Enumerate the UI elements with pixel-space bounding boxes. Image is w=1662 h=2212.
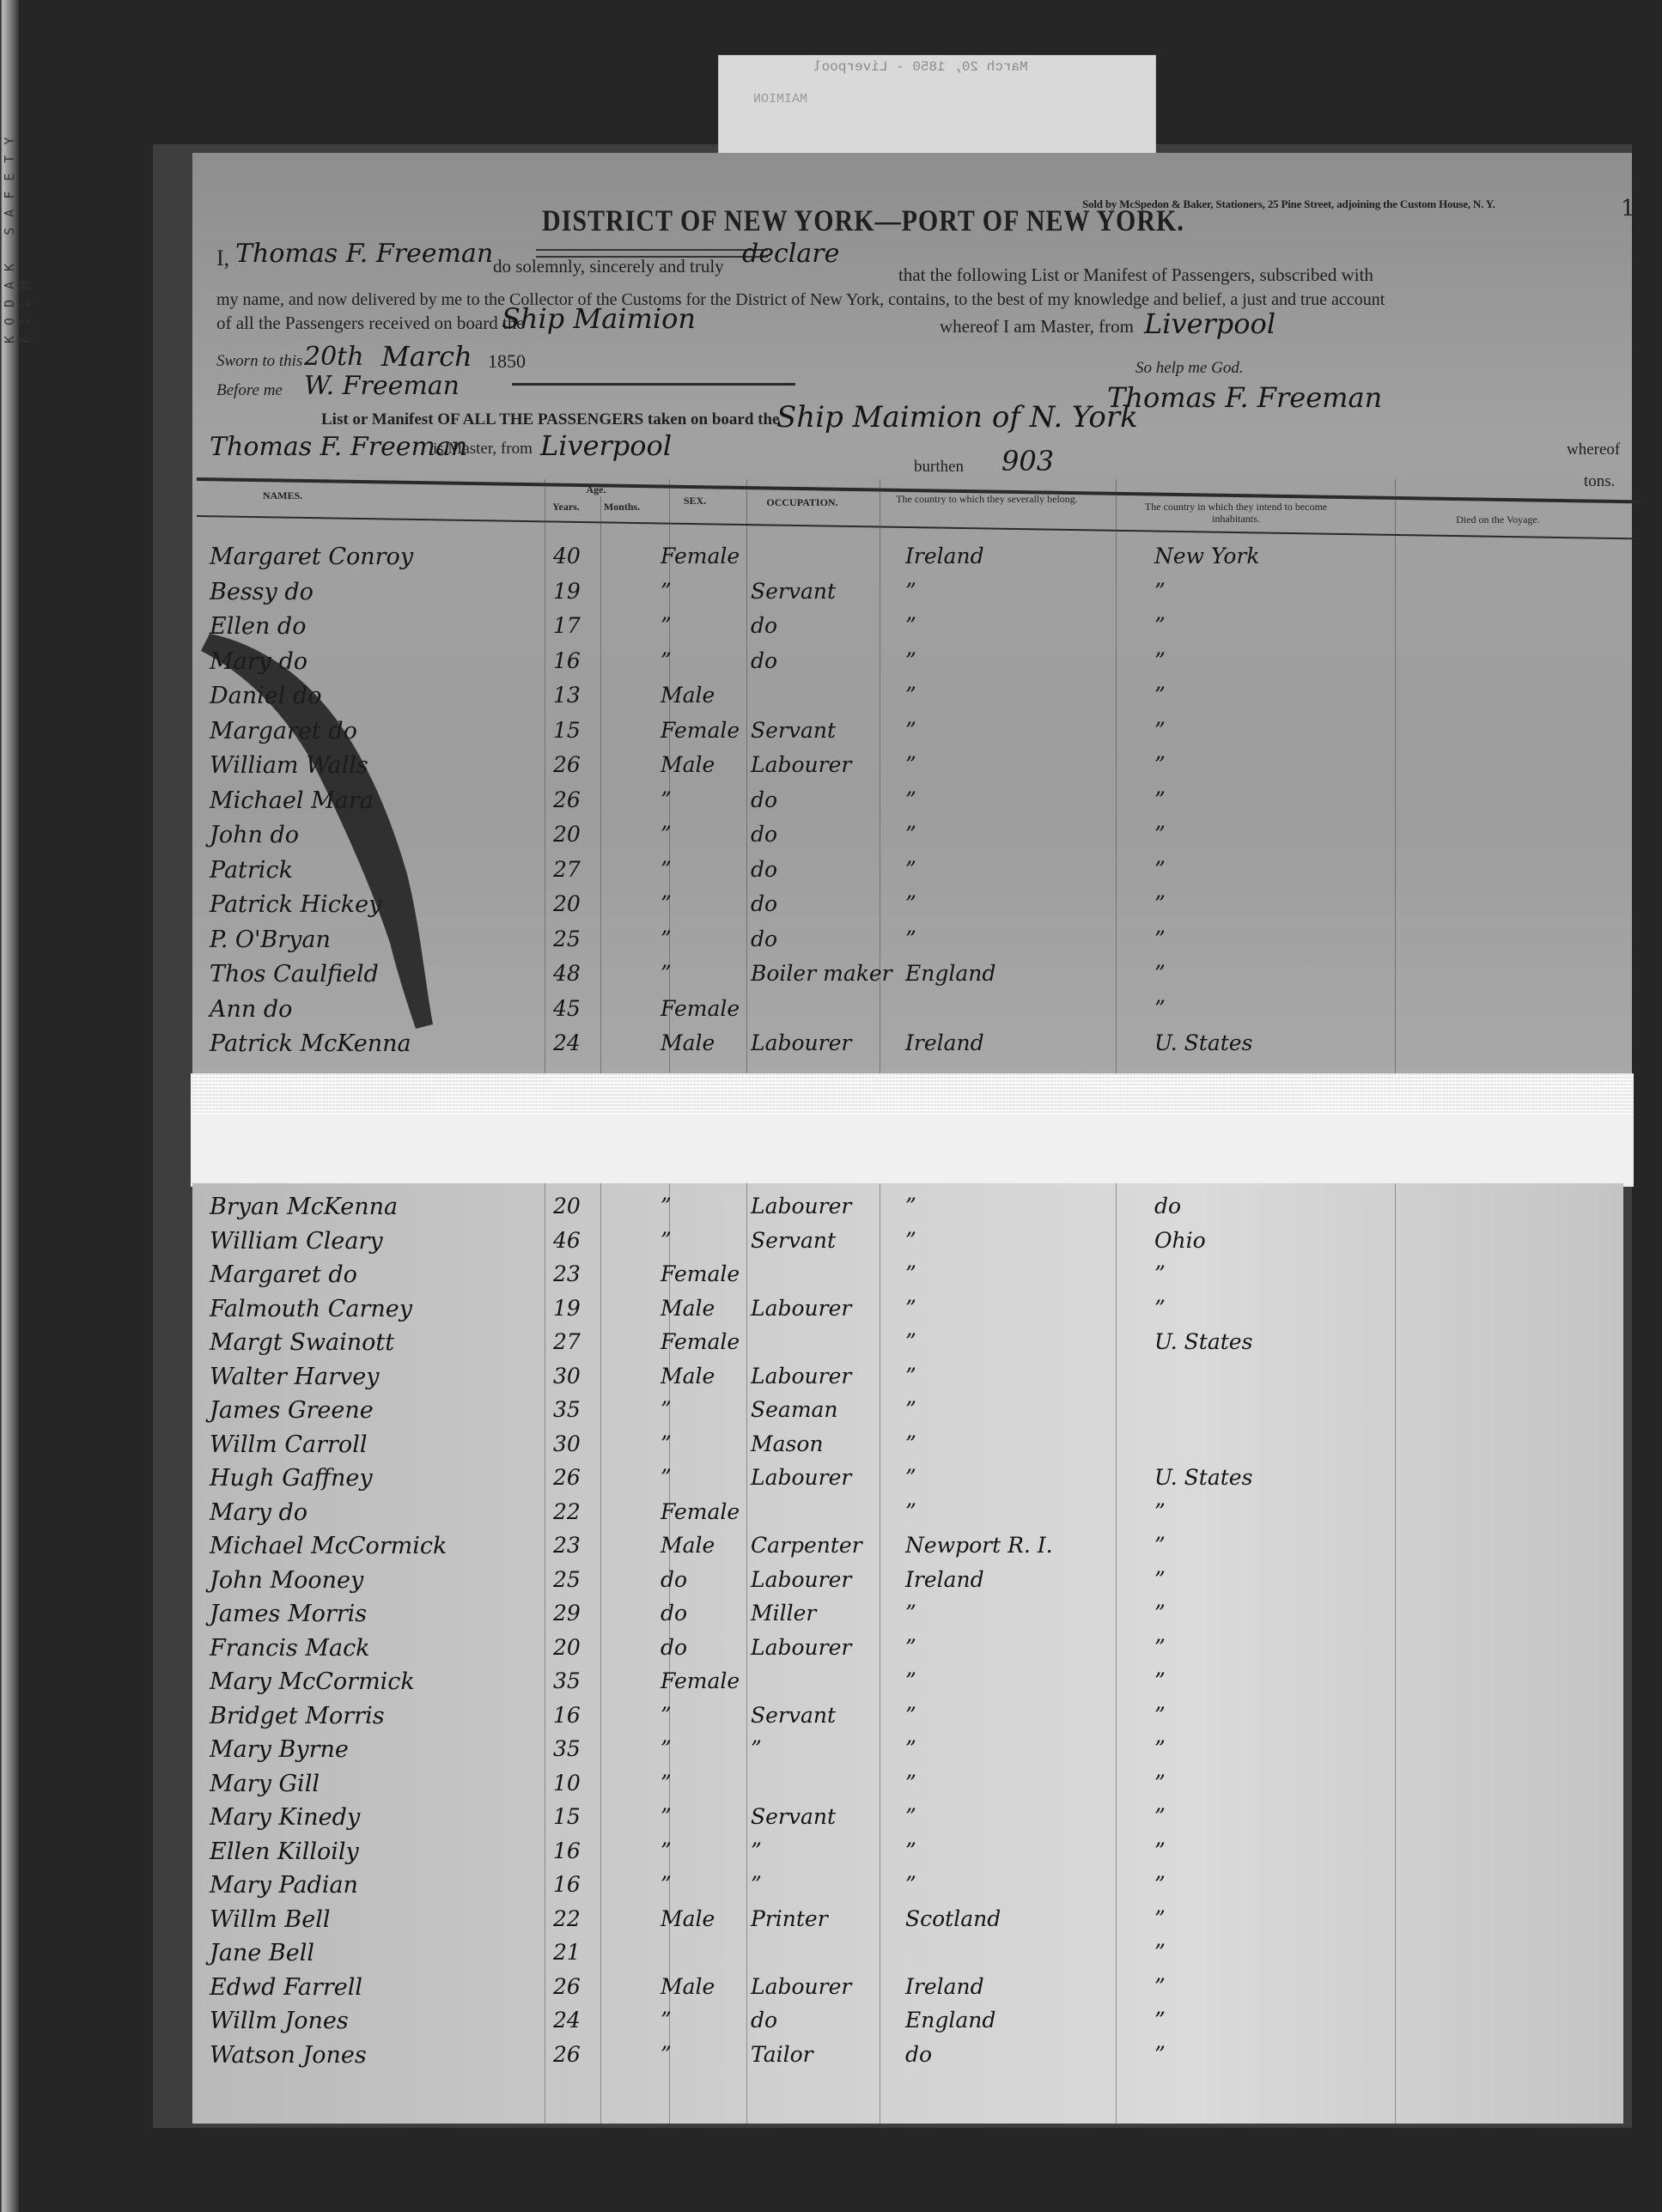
- passenger-age-years: 29: [553, 1601, 581, 1626]
- passenger-name: James Greene: [210, 1397, 374, 1424]
- passenger-country-intend: ”: [1154, 1261, 1166, 1286]
- passenger-sex: do: [661, 1635, 687, 1660]
- passenger-country-belong: ”: [905, 927, 916, 951]
- passenger-sex: ”: [661, 1838, 672, 1863]
- passenger-age-years: 22: [553, 1499, 581, 1524]
- sworn-label: Sworn to this: [216, 352, 302, 371]
- manifest-sheet-top: Sold by McSpedon & Baker, Stationers, 25…: [192, 153, 1632, 1085]
- passenger-sex: Female: [661, 1499, 740, 1524]
- passenger-country-belong: ”: [905, 1228, 916, 1253]
- passenger-age-years: 20: [553, 1194, 581, 1218]
- passenger-country-intend: ”: [1154, 1703, 1166, 1728]
- passenger-row: Willm Carroll30”Mason”: [192, 1431, 1623, 1466]
- passenger-occupation: Labourer: [751, 1194, 851, 1218]
- passenger-country-belong: Ireland: [905, 1030, 984, 1055]
- passenger-country-intend: ”: [1154, 1906, 1166, 1931]
- passenger-row: James Morris29doMiller””: [192, 1601, 1623, 1635]
- passenger-age-years: 30: [553, 1364, 581, 1389]
- passenger-country-belong: ”: [905, 718, 916, 743]
- passenger-sex: ”: [661, 927, 672, 951]
- passenger-name: Hugh Gaffney: [210, 1465, 373, 1492]
- col-header-years: Years.: [545, 501, 587, 513]
- manifest-vessel: Ship Maimion of N. York: [776, 400, 1138, 434]
- passenger-name: James Morris: [210, 1601, 367, 1627]
- passenger-country-belong: ”: [905, 1364, 916, 1389]
- passenger-sex: ”: [661, 1397, 672, 1422]
- passenger-sex: ”: [661, 961, 672, 986]
- col-header-died: Died on the Voyage.: [1429, 513, 1567, 526]
- passenger-country-belong: ”: [905, 1431, 916, 1456]
- passenger-row: Mary Kinedy15”Servant””: [192, 1804, 1623, 1838]
- sworn-day: 20th: [304, 342, 364, 372]
- passenger-occupation: do: [751, 787, 777, 812]
- passenger-occupation: Servant: [751, 1703, 836, 1728]
- passenger-sex: ”: [661, 648, 672, 673]
- decl-prefix: I,: [216, 246, 229, 271]
- passenger-name: John Mooney: [210, 1567, 363, 1594]
- passenger-country-belong: ”: [905, 1194, 916, 1218]
- passenger-row: Edwd Farrell26MaleLabourerIreland”: [192, 1974, 1623, 2008]
- passenger-name: Mary do: [210, 1499, 307, 1526]
- passenger-sex: Male: [661, 1533, 715, 1558]
- passenger-sex: ”: [661, 579, 672, 604]
- passenger-country-belong: Ireland: [905, 1974, 984, 1999]
- whereof-label: whereof: [1567, 441, 1620, 459]
- passenger-country-intend: ”: [1154, 613, 1166, 638]
- passenger-occupation: Labourer: [751, 1974, 851, 1999]
- page-number: 1: [1621, 196, 1635, 222]
- passenger-age-years: 19: [553, 579, 581, 604]
- tons-label: tons.: [1584, 472, 1615, 491]
- passenger-age-years: 21: [553, 1940, 581, 1965]
- passenger-country-intend: New York: [1154, 544, 1260, 568]
- label-date-port: March 20, 1850 - Liverpool: [813, 59, 1028, 75]
- passenger-country-intend: ”: [1154, 1872, 1166, 1897]
- passenger-country-belong: Newport R. I.: [905, 1533, 1053, 1558]
- passenger-occupation: Labourer: [751, 1465, 851, 1490]
- passenger-occupation: do: [751, 613, 777, 638]
- passenger-age-years: 40: [553, 544, 581, 568]
- passenger-age-years: 23: [553, 1533, 581, 1558]
- passenger-name: Walter Harvey: [210, 1364, 380, 1390]
- passenger-name: William Cleary: [210, 1228, 383, 1255]
- passenger-country-belong: ”: [905, 579, 916, 604]
- passenger-occupation: Printer: [751, 1906, 828, 1931]
- passenger-name: Mary McCormick: [210, 1668, 415, 1695]
- passenger-sex: Male: [661, 1296, 715, 1321]
- burthen-label: burthen: [914, 458, 964, 477]
- passenger-occupation: Seaman: [751, 1397, 838, 1422]
- passenger-sex: Female: [661, 996, 740, 1021]
- passenger-sex: Female: [661, 1329, 740, 1354]
- passenger-sex: ”: [661, 822, 672, 847]
- sworn-month: March: [381, 340, 472, 373]
- so-help-me-god: So help me God.: [1135, 359, 1244, 378]
- passenger-name: Falmouth Carney: [210, 1296, 412, 1322]
- passenger-name: Margaret do: [210, 1261, 357, 1288]
- passenger-row: Mary do22Female””: [192, 1499, 1623, 1534]
- decl-text-a: do solemnly, sincerely and truly: [493, 256, 724, 277]
- passenger-age-years: 10: [553, 1771, 581, 1796]
- passenger-name: Bridget Morris: [210, 1703, 385, 1729]
- passenger-country-intend: ”: [1154, 1838, 1166, 1863]
- passenger-row: William Cleary46”Servant”Ohio: [192, 1228, 1623, 1262]
- passenger-sex: ”: [661, 2008, 672, 2033]
- passenger-country-belong: ”: [905, 1872, 916, 1897]
- passenger-country-belong: ”: [905, 1804, 916, 1829]
- passenger-age-years: 16: [553, 1872, 581, 1897]
- passenger-occupation: Labourer: [751, 1635, 851, 1660]
- passenger-sex: ”: [661, 857, 672, 882]
- passenger-sex: ”: [661, 1804, 672, 1829]
- archive-label-card: March 20, 1850 - Liverpool MAIMION: [718, 55, 1156, 160]
- col-header-age: Age.: [549, 483, 643, 495]
- passenger-name: Francis Mack: [210, 1635, 370, 1662]
- passenger-occupation: ”: [751, 1838, 762, 1863]
- col-header-intend: The country in which they intend to beco…: [1137, 501, 1335, 525]
- document-title: DISTRICT OF NEW YORK—PORT OF NEW YORK.: [542, 204, 1184, 238]
- decl-master-name: Thomas F. Freeman: [235, 239, 493, 269]
- passenger-occupation: do: [751, 891, 777, 916]
- passenger-age-years: 24: [553, 2008, 581, 2033]
- passenger-country-intend: ”: [1154, 648, 1166, 673]
- passenger-country-belong: ”: [905, 857, 916, 882]
- passenger-country-intend: ”: [1154, 822, 1166, 847]
- passenger-row: James Greene35”Seaman”: [192, 1397, 1623, 1431]
- passenger-occupation: do: [751, 927, 777, 951]
- passenger-row: Mary Padian16””””: [192, 1872, 1623, 1906]
- passenger-country-intend: ”: [1154, 961, 1166, 986]
- passenger-age-years: 26: [553, 1974, 581, 1999]
- passenger-age-years: 22: [553, 1906, 581, 1931]
- passenger-age-years: 19: [553, 1296, 581, 1321]
- passenger-occupation: Servant: [751, 579, 836, 604]
- film-edge-text: KODAK SAFETY FILM: [2, 86, 17, 343]
- passenger-age-years: 16: [553, 1838, 581, 1863]
- passenger-row: Hugh Gaffney26”Labourer”U. States: [192, 1465, 1623, 1499]
- passenger-age-years: 25: [553, 1567, 581, 1592]
- passenger-age-years: 23: [553, 1261, 581, 1286]
- passenger-country-belong: ”: [905, 787, 916, 812]
- master-signature: Thomas F. Freeman: [1107, 381, 1382, 414]
- passenger-sex: Male: [661, 752, 715, 777]
- passenger-country-belong: ”: [905, 1465, 916, 1490]
- passenger-country-belong: Ireland: [905, 1567, 984, 1592]
- passenger-country-intend: Ohio: [1154, 1228, 1206, 1253]
- passenger-name: Willm Bell: [210, 1906, 330, 1933]
- passenger-country-belong: England: [905, 961, 995, 986]
- passenger-country-intend: ”: [1154, 1736, 1166, 1761]
- passenger-country-intend: ”: [1154, 1296, 1166, 1321]
- passenger-row: Ellen Killoily16””””: [192, 1838, 1623, 1873]
- col-header-names: NAMES.: [218, 489, 347, 501]
- passenger-country-intend: ”: [1154, 718, 1166, 743]
- passenger-row: Bryan McKenna20”Labourer”do: [192, 1194, 1623, 1228]
- passenger-sex: ”: [661, 1872, 672, 1897]
- passenger-country-belong: ”: [905, 1601, 916, 1626]
- passenger-row: Watson Jones26”Tailordo”: [192, 2042, 1623, 2076]
- passenger-country-intend: ”: [1154, 1635, 1166, 1660]
- gauze-repair-strip: [191, 1073, 1634, 1187]
- decl-vessel: Ship Maimion: [502, 302, 696, 335]
- passenger-sex: ”: [661, 613, 672, 638]
- passenger-country-belong: ”: [905, 1668, 916, 1693]
- manifest-master-name: Thomas F. Freeman: [210, 432, 467, 462]
- passenger-occupation: ”: [751, 1736, 762, 1761]
- passenger-age-years: 30: [553, 1431, 581, 1456]
- manifest-line-b: is Master, from: [433, 440, 533, 459]
- passenger-sex: Male: [661, 1030, 715, 1055]
- passenger-sex: Female: [661, 718, 740, 743]
- passenger-country-belong: ”: [905, 752, 916, 777]
- film-edge-strip: KODAK SAFETY FILM: [0, 0, 19, 2212]
- passenger-occupation: Labourer: [751, 1567, 851, 1592]
- passenger-row: Margaret Conroy40FemaleIrelandNew York: [192, 544, 1632, 578]
- passenger-sex: ”: [661, 1465, 672, 1490]
- passenger-name: Margaret Conroy: [210, 544, 413, 570]
- passenger-sex: ”: [661, 2042, 672, 2067]
- passenger-country-intend: ”: [1154, 996, 1166, 1021]
- passenger-occupation: do: [751, 822, 777, 847]
- passenger-row: Falmouth Carney19MaleLabourer””: [192, 1296, 1623, 1330]
- passenger-name: Ellen Killoily: [210, 1838, 359, 1865]
- passenger-occupation: Boiler maker: [751, 961, 892, 986]
- decl-verb: declare: [742, 239, 839, 269]
- passenger-country-belong: do: [905, 2042, 932, 2067]
- passenger-row: Margaret do23Female””: [192, 1261, 1623, 1296]
- passenger-age-years: 35: [553, 1736, 581, 1761]
- passenger-country-belong: ”: [905, 613, 916, 638]
- passenger-country-belong: ”: [905, 1736, 916, 1761]
- sworn-year: 1850: [488, 350, 526, 373]
- passenger-occupation: Labourer: [751, 1296, 851, 1321]
- passenger-country-intend: ”: [1154, 787, 1166, 812]
- passenger-row: Walter Harvey30MaleLabourer”: [192, 1364, 1623, 1398]
- passenger-country-belong: ”: [905, 1838, 916, 1863]
- passenger-country-belong: Scotland: [905, 1906, 1001, 1931]
- passenger-row: Mary Gill10”””: [192, 1771, 1623, 1805]
- passenger-row: Margt Swainott27Female”U. States: [192, 1329, 1623, 1364]
- passenger-age-years: 35: [553, 1668, 581, 1693]
- passenger-occupation: Carpenter: [751, 1533, 862, 1558]
- manifest-sheet-bottom: Bryan McKenna20”Labourer”doWilliam Clear…: [192, 1183, 1623, 2124]
- passenger-country-belong: ”: [905, 683, 916, 708]
- passenger-age-years: 16: [553, 1703, 581, 1728]
- passenger-name: Edwd Farrell: [210, 1974, 362, 2001]
- passenger-name: Mary Byrne: [210, 1736, 349, 1763]
- passenger-occupation: do: [751, 648, 777, 673]
- passenger-occupation: ”: [751, 1872, 762, 1897]
- passenger-row: Willm Jones24”doEngland”: [192, 2008, 1623, 2042]
- passenger-country-intend: U. States: [1154, 1465, 1252, 1490]
- passenger-country-intend: ”: [1154, 1533, 1166, 1558]
- passenger-sex: ”: [661, 1194, 672, 1218]
- passenger-name: Willm Jones: [210, 2008, 349, 2034]
- passenger-country-intend: ”: [1154, 891, 1166, 916]
- passenger-occupation: Labourer: [751, 1030, 851, 1055]
- passenger-row: Francis Mack20doLabourer””: [192, 1635, 1623, 1669]
- passenger-sex: Male: [661, 683, 715, 708]
- passenger-sex: Male: [661, 1364, 715, 1389]
- passenger-occupation: Labourer: [751, 752, 851, 777]
- manifest-line-a: List or Manifest OF ALL THE PASSENGERS t…: [321, 410, 780, 429]
- passenger-age-years: 26: [553, 2042, 581, 2067]
- passenger-country-belong: ”: [905, 1703, 916, 1728]
- passenger-name: Willm Carroll: [210, 1431, 367, 1458]
- decl-text-b: that the following List or Manifest of P…: [898, 264, 1373, 286]
- passenger-sex: ”: [661, 891, 672, 916]
- decl-port: Liverpool: [1144, 307, 1275, 340]
- passenger-name: Michael McCormick: [210, 1533, 447, 1559]
- passenger-sex: do: [661, 1567, 687, 1592]
- passenger-country-belong: ”: [905, 1329, 916, 1354]
- passenger-age-years: 20: [553, 1635, 581, 1660]
- sworn-rule: [512, 383, 795, 386]
- passenger-country-intend: ”: [1154, 579, 1166, 604]
- passenger-row: John Mooney25doLabourerIreland”: [192, 1567, 1623, 1601]
- passenger-sex: do: [661, 1601, 687, 1626]
- passenger-sex: ”: [661, 787, 672, 812]
- gauze-band: [191, 1115, 1634, 1187]
- passenger-sex: Female: [661, 1261, 740, 1286]
- passenger-occupation: do: [751, 2008, 777, 2033]
- passenger-name: Mary Padian: [210, 1872, 358, 1899]
- passenger-country-intend: ”: [1154, 1499, 1166, 1524]
- passenger-country-belong: ”: [905, 1499, 916, 1524]
- passenger-country-intend: ”: [1154, 1974, 1166, 1999]
- passenger-age-years: 27: [553, 1329, 581, 1354]
- passenger-name: Bessy do: [210, 579, 314, 605]
- passenger-row: Michael McCormick23MaleCarpenterNewport …: [192, 1533, 1623, 1567]
- passenger-sex: ”: [661, 1228, 672, 1253]
- passenger-country-intend: ”: [1154, 683, 1166, 708]
- passenger-age-years: 15: [553, 1804, 581, 1829]
- burthen-value: 903: [1001, 445, 1054, 477]
- passenger-country-belong: ”: [905, 1261, 916, 1286]
- passenger-sex: Male: [661, 1906, 715, 1931]
- passenger-country-belong: ”: [905, 1771, 916, 1796]
- passenger-country-intend: ”: [1154, 1601, 1166, 1626]
- col-header-occupation: OCCUPATION.: [742, 496, 862, 508]
- passenger-country-intend: ”: [1154, 752, 1166, 777]
- passenger-country-intend: U. States: [1154, 1030, 1252, 1055]
- passenger-occupation: Mason: [751, 1431, 824, 1456]
- passenger-row: Bessy do19”Servant””: [192, 579, 1632, 613]
- passenger-row: Jane Bell21”: [192, 1940, 1623, 1974]
- passenger-occupation: Servant: [751, 718, 836, 743]
- decl-line3-a: of all the Passengers received on board …: [216, 313, 525, 334]
- passenger-country-intend: ”: [1154, 2008, 1166, 2033]
- passenger-country-intend: ”: [1154, 1771, 1166, 1796]
- passenger-sex: Female: [661, 1668, 740, 1693]
- label-vessel: MAIMION: [753, 92, 807, 106]
- passenger-country-belong: Ireland: [905, 544, 984, 568]
- passenger-country-intend: U. States: [1154, 1329, 1252, 1354]
- passenger-sex: ”: [661, 1703, 672, 1728]
- passenger-country-belong: ”: [905, 1296, 916, 1321]
- passenger-row: Mary McCormick35Female””: [192, 1668, 1623, 1703]
- col-header-belong: The country to which they severally belo…: [888, 493, 1086, 505]
- passenger-name: Watson Jones: [210, 2042, 367, 2069]
- passenger-sex: ”: [661, 1771, 672, 1796]
- passenger-sex: ”: [661, 1431, 672, 1456]
- passenger-country-intend: ”: [1154, 1940, 1166, 1965]
- passenger-country-intend: ”: [1154, 1668, 1166, 1693]
- before-signature: W. Freeman: [304, 371, 460, 401]
- passenger-occupation: Labourer: [751, 1364, 851, 1389]
- manifest-port: Liverpool: [540, 429, 672, 462]
- passenger-country-intend: ”: [1154, 1567, 1166, 1592]
- passenger-occupation: Servant: [751, 1804, 836, 1829]
- passenger-row: Willm Bell22MalePrinterScotland”: [192, 1906, 1623, 1941]
- passenger-sex: Male: [661, 1974, 715, 1999]
- passenger-country-intend: ”: [1154, 2042, 1166, 2067]
- passenger-name: Mary Gill: [210, 1771, 320, 1797]
- table-header-rule: [197, 515, 1640, 539]
- passenger-occupation: do: [751, 857, 777, 882]
- col-header-months: Months.: [596, 501, 648, 513]
- passenger-age-years: 46: [553, 1228, 581, 1253]
- passenger-occupation: Tailor: [751, 2042, 813, 2067]
- passenger-country-intend: ”: [1154, 927, 1166, 951]
- passenger-occupation: Miller: [751, 1601, 816, 1626]
- decl-line3-b: whereof I am Master, from: [940, 316, 1134, 337]
- passenger-country-belong: ”: [905, 891, 916, 916]
- passenger-sex: Female: [661, 544, 740, 568]
- passenger-occupation: Servant: [751, 1228, 836, 1253]
- passenger-country-belong: ”: [905, 648, 916, 673]
- passenger-country-intend: ”: [1154, 857, 1166, 882]
- passenger-name: Margt Swainott: [210, 1329, 394, 1356]
- passenger-name: Bryan McKenna: [210, 1194, 398, 1220]
- ink-stain: [201, 634, 562, 1037]
- passenger-country-intend: ”: [1154, 1804, 1166, 1829]
- passenger-name: Jane Bell: [210, 1940, 314, 1966]
- passenger-row: Mary Byrne35””””: [192, 1736, 1623, 1771]
- passenger-country-belong: ”: [905, 1635, 916, 1660]
- passenger-row: Bridget Morris16”Servant””: [192, 1703, 1623, 1737]
- passenger-country-belong: England: [905, 2008, 995, 2033]
- passenger-country-belong: ”: [905, 1397, 916, 1422]
- passenger-country-belong: ”: [905, 822, 916, 847]
- col-header-sex: SEX.: [669, 495, 721, 507]
- before-label: Before me: [216, 381, 283, 400]
- passenger-age-years: 35: [553, 1397, 581, 1422]
- passenger-name: Mary Kinedy: [210, 1804, 360, 1831]
- passenger-sex: ”: [661, 1736, 672, 1761]
- passenger-country-intend: do: [1154, 1194, 1181, 1218]
- passenger-age-years: 26: [553, 1465, 581, 1490]
